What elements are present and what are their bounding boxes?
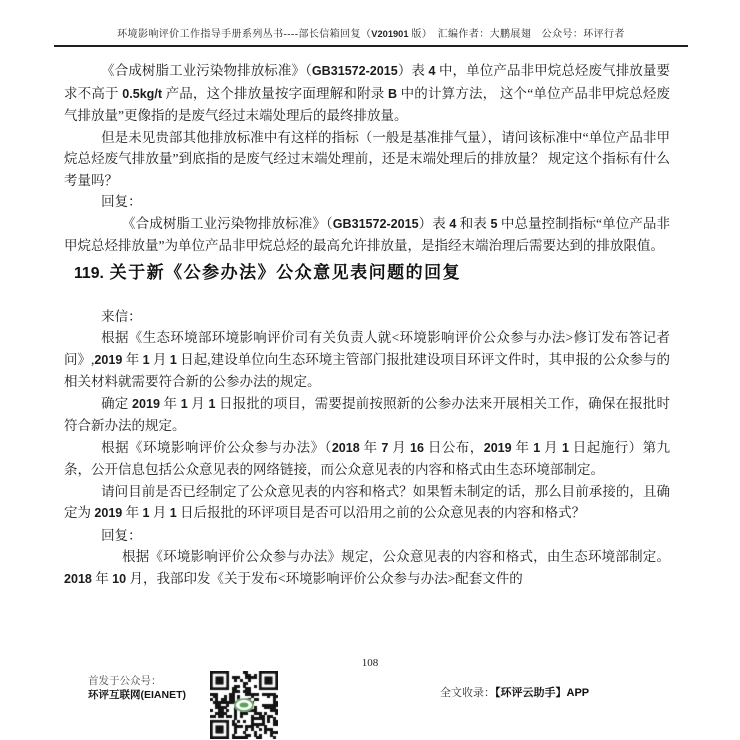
footer-publisher-caption: 首发于公众号：: [88, 674, 186, 688]
qr-code-image: [210, 671, 278, 739]
q118-paragraph-1: 《合成树脂工业污染物排放标准》（GB31572-2015）表 4 中，单位产品非…: [64, 60, 670, 127]
q119-reply-label: 回复：: [64, 525, 670, 547]
q118-reply-paragraph: 《合成树脂工业污染物排放标准》（GB31572-2015）表 4 和表 5 中总…: [64, 213, 670, 257]
footer-app-caption: 全文收录：: [440, 687, 495, 699]
q119-reply-paragraph: 根据《环境影响评价公众参与办法》规定，公众意见表的内容和格式，由生态环境部制定。…: [64, 546, 670, 590]
running-header: 环境影响评价工作指导手册系列丛书----部长信箱回复（V201901 版） 汇编…: [54, 28, 688, 47]
document-page: 环境影响评价工作指导手册系列丛书----部长信箱回复（V201901 版） 汇编…: [0, 0, 740, 740]
page-number: 108: [0, 657, 740, 669]
q119-letter-paragraph-1: 根据《生态环境部环境影响评价司有关负责人就<环境影响评价公众参与办法>修订发布答…: [64, 327, 670, 393]
footer-app-name: 【环评云助手】APP: [495, 687, 589, 699]
footer-publisher: 首发于公众号： 环评互联网(EIANET): [88, 674, 186, 702]
q118-reply-label: 回复：: [64, 191, 670, 213]
footer-publisher-name: 环评互联网(EIANET): [88, 688, 186, 702]
q119-letter-label: 来信：: [64, 306, 670, 328]
q119-letter-paragraph-3: 根据《环境影响评价公众参与办法》（2018 年 7 月 16 日公布，2019 …: [64, 437, 670, 481]
qr-code: [210, 671, 278, 739]
section-119-heading: 119. 关于新《公参办法》公众意见表问题的回复: [64, 262, 670, 285]
page-body: 《合成树脂工业污染物排放标准》（GB31572-2015）表 4 中，单位产品非…: [64, 60, 670, 590]
q118-paragraph-2: 但是未见贵部其他排放标准中有这样的指标（一般是基准排气量），请问该标准中“单位产…: [64, 127, 670, 192]
q119-letter-paragraph-4: 请问目前是否已经制定了公众意见表的内容和格式？如果暂未制定的话，那么目前承接的，…: [64, 481, 670, 525]
footer-app-note: 全文收录：【环评云助手】APP: [440, 684, 589, 700]
q119-letter-paragraph-2: 确定 2019 年 1 月 1 日报批的项目，需要提前按照新的公参办法来开展相关…: [64, 393, 670, 437]
